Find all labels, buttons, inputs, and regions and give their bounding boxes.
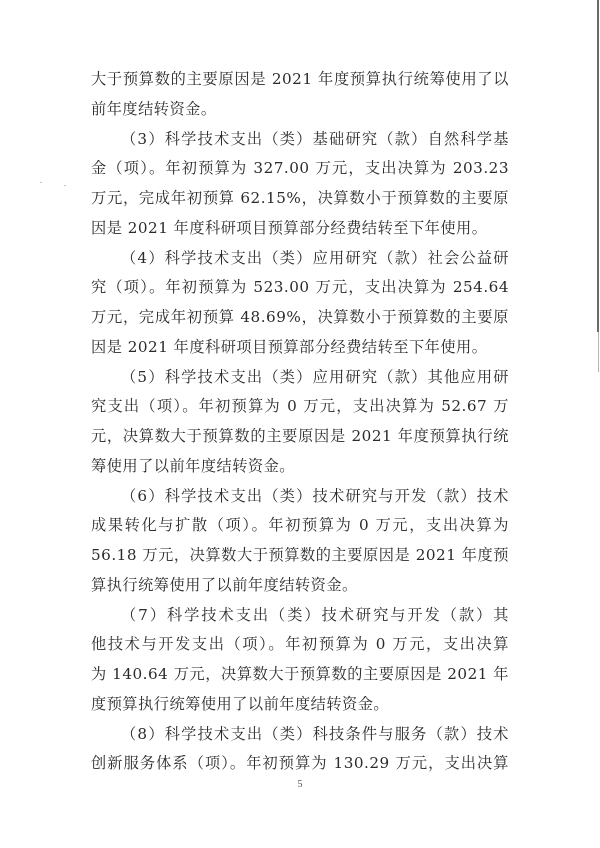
text-line: 他技术与开发支出（项）。年初预算为 0 万元，支出决算: [91, 630, 509, 660]
scan-speck: [64, 185, 66, 186]
text-line: 度预算执行统筹使用了以前年度结转资金。: [91, 690, 509, 720]
text-line: 56.18 万元，决算数大于预算数的主要原因是 2021 年度预: [91, 541, 509, 571]
scan-speck: [40, 182, 42, 183]
paragraph-first-line: （3）科学技术支出（类）基础研究（款）自然科学基: [91, 125, 509, 155]
paragraph-first-line: （7）科学技术支出（类）技术研究与开发（款）其: [91, 601, 509, 631]
text-line: 金（项）。年初预算为 327.00 万元，支出决算为 203.23: [91, 154, 509, 184]
body-text: 大于预算数的主要原因是 2021 年度预算执行统筹使用了以前年度结转资金。（3）…: [91, 65, 509, 779]
text-line: 因是 2021 年度科研项目预算部分经费结转至下年使用。: [91, 214, 509, 244]
text-line: 万元，完成年初预算 48.69%，决算数小于预算数的主要原: [91, 303, 509, 333]
text-line: 创新服务体系（项）。年初预算为 130.29 万元，支出决算: [91, 749, 509, 779]
text-line: 大于预算数的主要原因是 2021 年度预算执行统筹使用了以: [91, 65, 509, 95]
document-page: 大于预算数的主要原因是 2021 年度预算执行统筹使用了以前年度结转资金。（3）…: [0, 0, 600, 848]
text-line: 究支出（项）。年初预算为 0 万元，支出决算为 52.67 万: [91, 392, 509, 422]
text-line: 筹使用了以前年度结转资金。: [91, 452, 509, 482]
text-line: 前年度结转资金。: [91, 95, 509, 125]
scan-edge-line: [597, 0, 599, 332]
text-line: 究（项）。年初预算为 523.00 万元，支出决算为 254.64: [91, 273, 509, 303]
text-line: 算执行统筹使用了以前年度结转资金。: [91, 571, 509, 601]
text-line: 因是 2021 年度科研项目预算部分经费结转至下年使用。: [91, 333, 509, 363]
paragraph-first-line: （6）科学技术支出（类）技术研究与开发（款）技术: [91, 482, 509, 512]
text-line: 万元，完成年初预算 62.15%，决算数小于预算数的主要原: [91, 184, 509, 214]
text-line: 成果转化与扩散（项）。年初预算为 0 万元，支出决算为: [91, 511, 509, 541]
scan-edge-line-faint: [598, 332, 599, 372]
paragraph-first-line: （5）科学技术支出（类）应用研究（款）其他应用研: [91, 363, 509, 393]
page-number: 5: [0, 779, 600, 790]
paragraph-first-line: （8）科学技术支出（类）科技条件与服务（款）技术: [91, 720, 509, 750]
text-line: 为 140.64 万元，决算数大于预算数的主要原因是 2021 年: [91, 660, 509, 690]
text-line: 元，决算数大于预算数的主要原因是 2021 年度预算执行统: [91, 422, 509, 452]
paragraph-first-line: （4）科学技术支出（类）应用研究（款）社会公益研: [91, 244, 509, 274]
